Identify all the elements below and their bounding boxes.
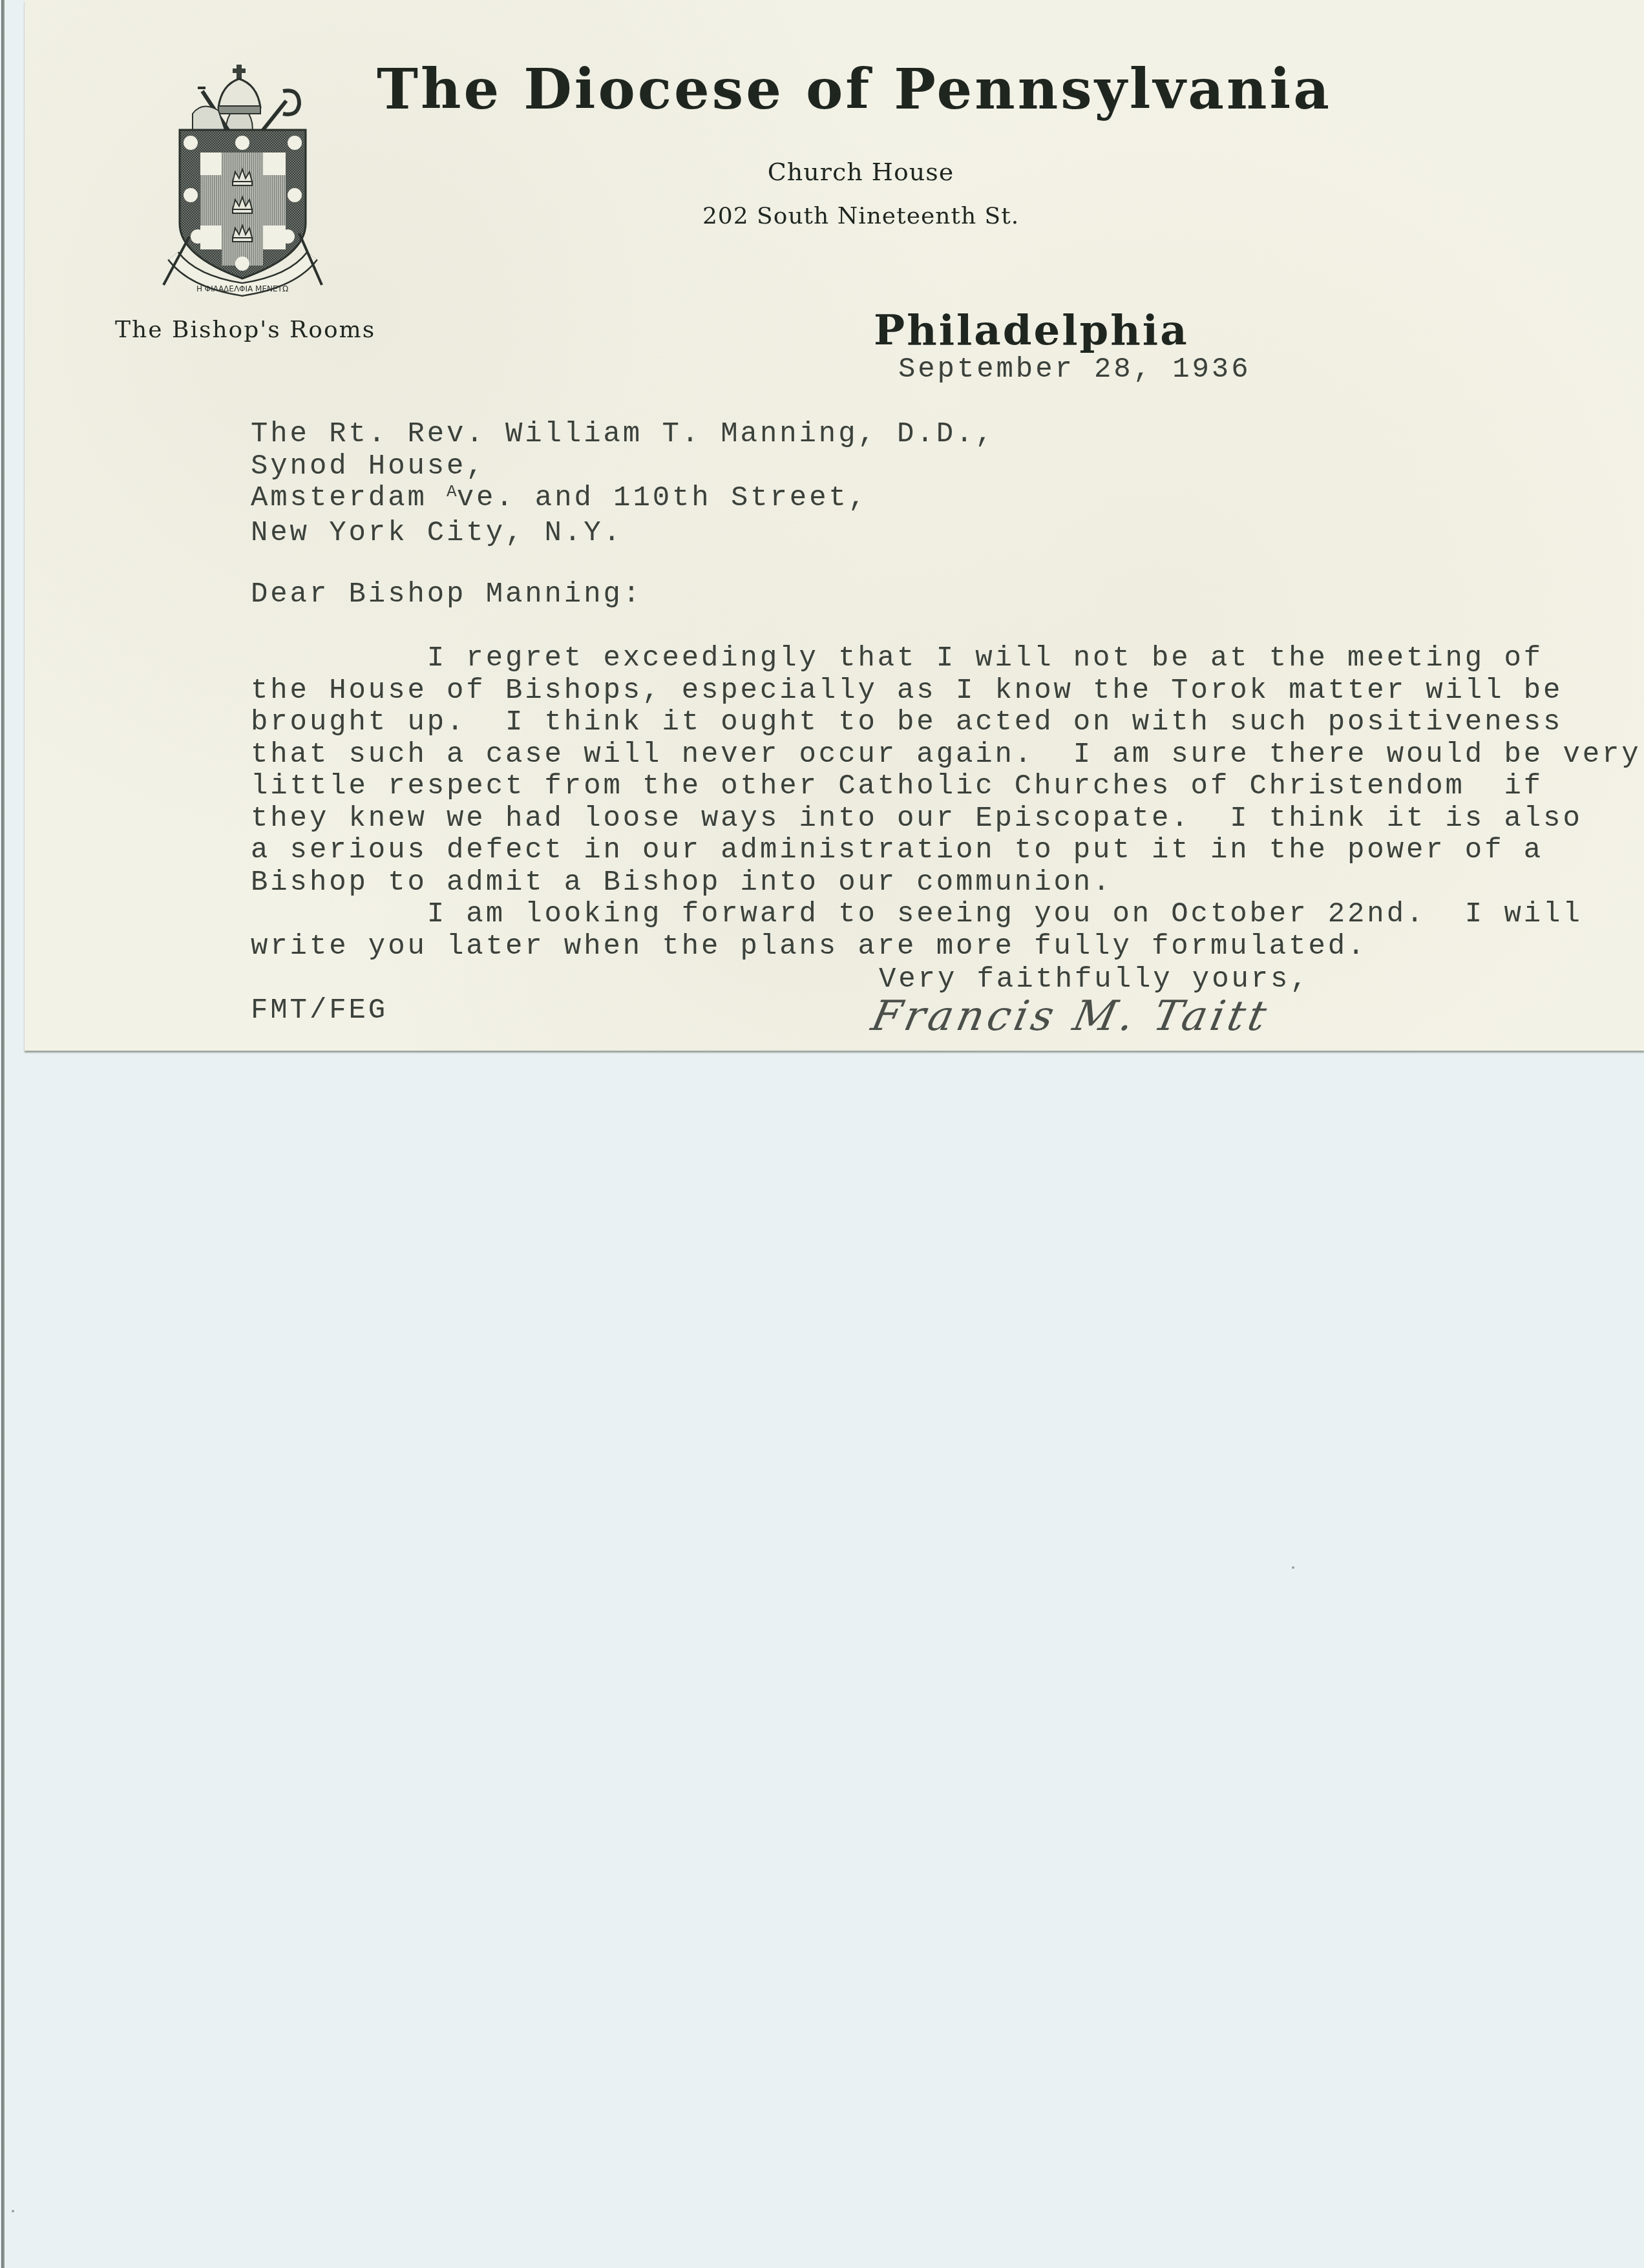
letterhead-street-address: 202 South Nineteenth St. [0,203,1644,229]
letterhead-title: The Diocese of Pennsylvania [0,57,1644,122]
body-line: little respect from the other Catholic C… [251,771,1641,803]
body-line: brought up. I think it ought to be acted… [251,707,1641,739]
salutation: Dear Bishop Manning: [251,579,642,611]
scanner-edge [1,0,5,2268]
body-line: Bishop to admit a Bishop into our commun… [251,867,1641,899]
body-line: I regret exceedingly that I will not be … [251,643,1641,675]
letter-date: September 28, 1936 [898,354,1250,386]
recipient-line: New York City, N.Y. [251,518,995,550]
body-line: they knew we had loose ways into our Epi… [251,803,1641,835]
recipient-line-superscript: A [447,482,457,501]
recipient-address: The Rt. Rev. William T. Manning, D.D.,Sy… [251,419,995,549]
body-line: write you later when the plans are more … [251,931,1641,963]
recipient-line-part: ve. and 110th Street, [457,482,868,514]
scan-speck [1292,1566,1294,1569]
bishops-rooms-label: The Bishop's Rooms [115,317,375,343]
body-line: I am looking forward to seeing you on Oc… [251,899,1641,931]
letterhead-city: Philadelphia [874,306,1189,355]
recipient-line: The Rt. Rev. William T. Manning, D.D., [251,419,995,451]
letter-body: I regret exceedingly that I will not be … [251,643,1641,963]
closing: Very faithfully yours, [879,964,1310,996]
scan-speck [12,2210,14,2212]
recipient-line: Synod House, [251,451,995,483]
letterhead-church-house: Church House [0,158,1644,186]
reference-initials: FMT/FEG [251,995,388,1027]
body-line: that such a case will never occur again.… [251,739,1641,772]
crest-motto: Η ΦΙΛΑΔΕΛΦΙΑ ΜΕΝΕΤΩ [196,284,288,293]
body-line: the House of Bishops, especially as I kn… [251,675,1641,708]
recipient-line-part: Amsterdam [251,482,447,514]
handwritten-signature: Francis M. Taitt [867,992,1274,1040]
body-line: a serious defect in our administration t… [251,835,1641,867]
recipient-line: Amsterdam Ave. and 110th Street, [251,483,995,518]
